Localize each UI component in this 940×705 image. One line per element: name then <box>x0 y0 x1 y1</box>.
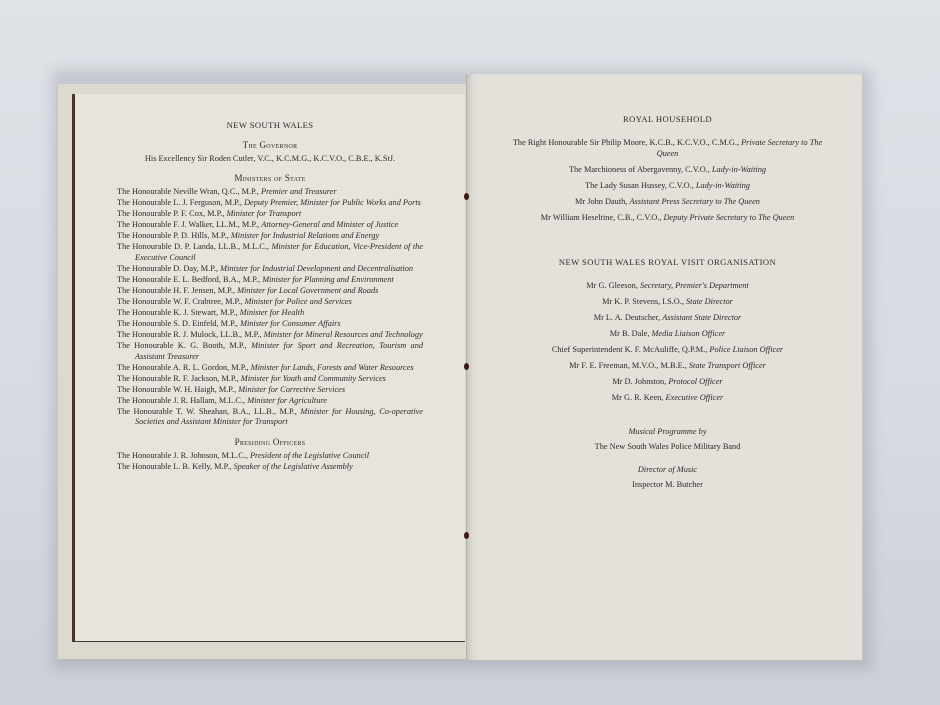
organisation-entry-name: Mr L. A. Deutscher, <box>594 313 661 322</box>
minister-entry: The Honourable W. H. Haigh, M.P., Minist… <box>117 385 423 396</box>
presiding-officer-entry: The Honourable L. B. Kelly, M.P., Speake… <box>117 462 423 473</box>
organisation-entry-role: Police Liaison Officer <box>709 345 783 354</box>
ministers-list: The Honourable Neville Wran, Q.C., M.P.,… <box>117 187 423 428</box>
organisation-entry: Mr D. Johnston, Protocol Officer <box>505 376 830 387</box>
stitch-hole-bottom <box>464 532 469 539</box>
royal-household-entry-role: Lady-in-Waiting <box>696 181 750 190</box>
organisation-entry: Chief Superintendent K. F. McAuliffe, Q.… <box>505 344 830 355</box>
minister-entry: The Honourable W. F. Crabtree, M.P., Min… <box>117 297 423 308</box>
organisation-entry-role: State Transport Officer <box>689 361 766 370</box>
royal-household-heading: ROYAL HOUSEHOLD <box>505 114 830 125</box>
minister-entry: The Honourable J. R. Hallam, M.L.C., Min… <box>117 396 423 407</box>
royal-household-entry-role: Lady-in-Waiting <box>712 165 766 174</box>
royal-household-list: The Right Honourable Sir Philip Moore, K… <box>505 137 830 223</box>
minister-entry-name: The Honourable E. L. Bedford, B.A., M.P.… <box>117 275 260 284</box>
royal-household-entry: The Right Honourable Sir Philip Moore, K… <box>505 137 830 159</box>
minister-entry-name: The Honourable F. J. Walker, LL.M., M.P.… <box>117 220 259 229</box>
minister-entry-name: The Honourable W. H. Haigh, M.P., <box>117 385 236 394</box>
organisation-entry-role: State Director <box>686 297 733 306</box>
organisation-entry-name: Mr D. Johnston, <box>612 377 666 386</box>
minister-entry-role: Minister for Industrial Development and … <box>220 264 413 273</box>
minister-entry-role: Minister for Transport <box>227 209 302 218</box>
minister-entry: The Honourable T. W. Sheahan, B.A., LL.B… <box>117 407 423 429</box>
royal-household-entry: Mr William Heseltine, C.B., C.V.O., Depu… <box>505 212 830 223</box>
minister-entry: The Honourable P. D. Hills, M.P., Minist… <box>117 231 423 242</box>
organisation-entry: Mr G. Gleeson, Secretary, Premier's Depa… <box>505 280 830 291</box>
organisation-entry: Mr K. P. Stevens, I.S.O., State Director <box>505 296 830 307</box>
minister-entry: The Honourable Neville Wran, Q.C., M.P.,… <box>117 187 423 198</box>
organisation-entry-role: Media Liaison Officer <box>651 329 725 338</box>
minister-entry-role: Minister for Planning and Environment <box>262 275 394 284</box>
minister-entry: The Honourable F. J. Walker, LL.M., M.P.… <box>117 220 423 231</box>
organisation-entry-name: Mr G. Gleeson, <box>586 281 638 290</box>
organisation-entry-role: Executive Officer <box>665 393 723 402</box>
governor-heading: The Governor <box>117 140 423 151</box>
presiding-officer-entry-role: Speaker of the Legislative Assembly <box>234 462 353 471</box>
minister-entry: The Honourable E. L. Bedford, B.A., M.P.… <box>117 275 423 286</box>
minister-entry-name: The Honourable L. J. Ferguson, M.P., <box>117 198 242 207</box>
royal-household-entry-name: Mr William Heseltine, C.B., C.V.O., <box>541 213 662 222</box>
minister-entry-role: Premier and Treasurer <box>261 187 337 196</box>
music-label: Musical Programme by <box>628 427 706 436</box>
music-band: The New South Wales Police Military Band <box>505 441 830 452</box>
presiding-officer-entry: The Honourable J. R. Johnson, M.L.C., Pr… <box>117 451 423 462</box>
minister-entry-name: The Honourable K. J. Stewart, M.P., <box>117 308 238 317</box>
royal-household-entry: The Marchioness of Abergavenny, C.V.O., … <box>505 164 830 175</box>
minister-entry: The Honourable H. F. Jensen, M.P., Minis… <box>117 286 423 297</box>
governor-entry: His Excellency Sir Roden Cutler, V.C., K… <box>117 154 423 165</box>
royal-household-entry: The Lady Susan Hussey, C.V.O., Lady-in-W… <box>505 180 830 191</box>
presiding-officer-entry-name: The Honourable J. R. Johnson, M.L.C., <box>117 451 248 460</box>
minister-entry-role: Minister for Lands, Forests and Water Re… <box>251 363 414 372</box>
organisation-entry-role: Protocol Officer <box>668 377 722 386</box>
organisation-entry-name: Mr B. Dale, <box>610 329 650 338</box>
visit-organisation-list: Mr G. Gleeson, Secretary, Premier's Depa… <box>505 280 830 402</box>
presiding-officer-entry-role: President of the Legislative Council <box>250 451 369 460</box>
minister-entry-name: The Honourable S. D. Einfeld, M.P., <box>117 319 238 328</box>
minister-entry: The Honourable D. Day, M.P., Minister fo… <box>117 264 423 275</box>
minister-entry-name: The Honourable D. Day, M.P., <box>117 264 218 273</box>
minister-entry-name: The Honourable Neville Wran, Q.C., M.P., <box>117 187 259 196</box>
minister-entry-name: The Honourable T. W. Sheahan, B.A., LL.B… <box>117 407 297 416</box>
minister-entry-name: The Honourable P. F. Cox, M.P., <box>117 209 224 218</box>
minister-entry-role: Deputy Premier, Minister for Public Work… <box>244 198 421 207</box>
royal-household-entry-role: Assistant Press Secretary to The Queen <box>629 197 760 206</box>
minister-entry: The Honourable K. G. Booth, M.P., Minist… <box>117 341 423 363</box>
royal-household-entry-name: Mr John Dauth, <box>575 197 627 206</box>
minister-entry-name: The Honourable W. F. Crabtree, M.P., <box>117 297 242 306</box>
minister-entry-role: Minister for Consumer Affairs <box>240 319 341 328</box>
minister-entry-role: Minister for Police and Services <box>244 297 351 306</box>
royal-household-entry-role: Deputy Private Secretary to The Queen <box>663 213 794 222</box>
minister-entry-role: Minister for Youth and Community Service… <box>241 374 386 383</box>
minister-entry: The Honourable L. J. Ferguson, M.P., Dep… <box>117 198 423 209</box>
minister-entry: The Honourable A. R. L. Gordon, M.P., Mi… <box>117 363 423 374</box>
minister-entry-name: The Honourable R. F. Jackson, M.P., <box>117 374 239 383</box>
stitch-hole-middle <box>464 363 469 370</box>
stitch-hole-top <box>464 193 469 200</box>
visit-organisation-heading: NEW SOUTH WALES ROYAL VISIT ORGANISATION <box>505 257 830 268</box>
page-title: NEW SOUTH WALES <box>117 120 423 131</box>
presiding-officers-list: The Honourable J. R. Johnson, M.L.C., Pr… <box>117 451 423 473</box>
organisation-entry-name: Mr K. P. Stevens, I.S.O., <box>602 297 684 306</box>
minister-entry-role: Attorney-General and Minister of Justice <box>261 220 398 229</box>
minister-entry-role: Minister for Mineral Resources and Techn… <box>264 330 423 339</box>
minister-entry: The Honourable K. J. Stewart, M.P., Mini… <box>117 308 423 319</box>
organisation-entry: Mr L. A. Deutscher, Assistant State Dire… <box>505 312 830 323</box>
minister-entry-name: The Honourable A. R. L. Gordon, M.P., <box>117 363 249 372</box>
minister-entry: The Honourable R. F. Jackson, M.P., Mini… <box>117 374 423 385</box>
minister-entry-role: Minister for Industrial Relations and En… <box>231 231 379 240</box>
director-label: Director of Music <box>638 465 697 474</box>
minister-entry-role: Minister for Health <box>240 308 305 317</box>
left-page-content: NEW SOUTH WALES The Governor His Excelle… <box>117 120 423 473</box>
minister-entry: The Honourable D. P. Landa, LL.B., M.L.C… <box>117 242 423 264</box>
organisation-entry-name: Chief Superintendent K. F. McAuliffe, Q.… <box>552 345 707 354</box>
organisation-entry-role: Assistant State Director <box>662 313 741 322</box>
royal-household-entry: Mr John Dauth, Assistant Press Secretary… <box>505 196 830 207</box>
minister-entry-name: The Honourable H. F. Jensen, M.P., <box>117 286 235 295</box>
organisation-entry-name: Mr G. R. Keen, <box>612 393 664 402</box>
organisation-entry: Mr B. Dale, Media Liaison Officer <box>505 328 830 339</box>
royal-household-entry-name: The Right Honourable Sir Philip Moore, K… <box>513 138 739 147</box>
presiding-officers-heading: Presiding Officers <box>117 437 423 448</box>
right-page-content: ROYAL HOUSEHOLD The Right Honourable Sir… <box>505 114 830 490</box>
director-name: Inspector M. Butcher <box>505 479 830 490</box>
minister-entry-name: The Honourable D. P. Landa, LL.B., M.L.C… <box>117 242 269 251</box>
minister-entry-role: Minister for Local Government and Roads <box>237 286 378 295</box>
presiding-officer-entry-name: The Honourable L. B. Kelly, M.P., <box>117 462 231 471</box>
organisation-entry: Mr G. R. Keen, Executive Officer <box>505 392 830 403</box>
minister-entry-role: Minister for Agriculture <box>247 396 327 405</box>
minister-entry-name: The Honourable K. G. Booth, M.P., <box>117 341 247 350</box>
minister-entry-name: The Honourable P. D. Hills, M.P., <box>117 231 229 240</box>
organisation-entry-name: Mr F. E. Freeman, M.V.O., M.B.E., <box>569 361 687 370</box>
ministers-heading: Ministers of State <box>117 173 423 184</box>
royal-household-entry-name: The Marchioness of Abergavenny, C.V.O., <box>569 165 710 174</box>
organisation-entry-role: Secretary, Premier's Department <box>640 281 749 290</box>
minister-entry-name: The Honourable J. R. Hallam, M.L.C., <box>117 396 245 405</box>
minister-entry-name: The Honourable R. J. Mulock, LL.B., M.P.… <box>117 330 262 339</box>
minister-entry: The Honourable R. J. Mulock, LL.B., M.P.… <box>117 330 423 341</box>
minister-entry: The Honourable S. D. Einfeld, M.P., Mini… <box>117 319 423 330</box>
royal-household-entry-name: The Lady Susan Hussey, C.V.O., <box>585 181 694 190</box>
minister-entry-role: Minister for Corrective Services <box>238 385 345 394</box>
organisation-entry: Mr F. E. Freeman, M.V.O., M.B.E., State … <box>505 360 830 371</box>
minister-entry: The Honourable P. F. Cox, M.P., Minister… <box>117 209 423 220</box>
